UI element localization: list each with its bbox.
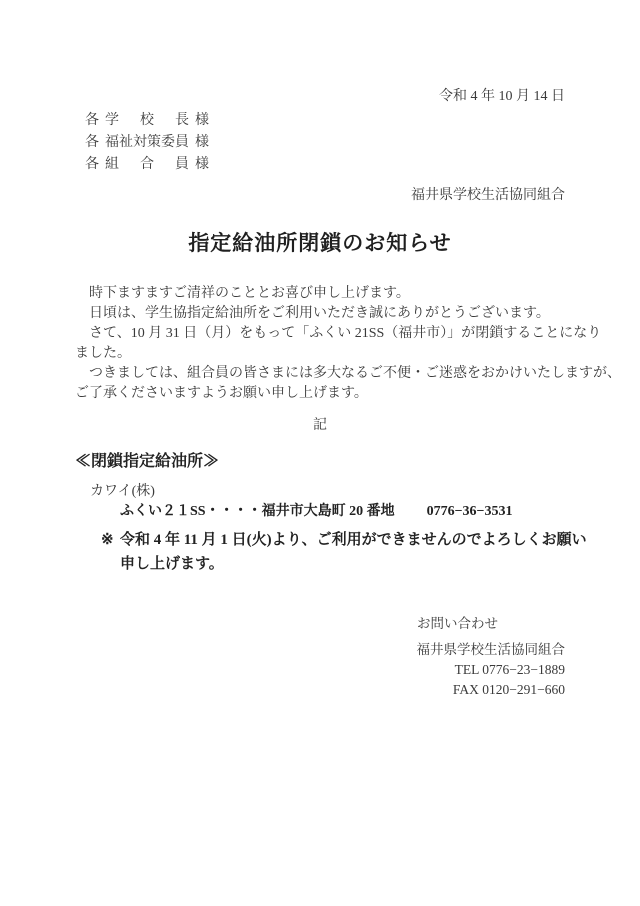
station-detail-line: ふくい２１SS・・・・福井市大島町 20 番地0776−36−3531: [120, 500, 513, 520]
recipient-name: 学校長: [105, 110, 189, 132]
contact-block: 福井県学校生活協同組合 TEL 0776−23−1889 FAX 0120−29…: [417, 640, 566, 700]
closure-note: ※令和 4 年 11 月 1 日(火)より、ご利用ができませんのでよろしくお願い…: [101, 528, 587, 576]
contact-fax: FAX 0120−291−660: [417, 680, 566, 700]
recipient-honorific: 様: [195, 157, 209, 172]
station-phone: 0776−36−3531: [427, 504, 513, 519]
body-text: 時下ますますご清祥のこととお喜び申し上げます。 日頃は、学生協指定給油所をご利用…: [75, 284, 569, 404]
note-text-continued: 申し上げます。: [101, 552, 587, 576]
body-line: つきましては、組合員の皆さまには多大なるご不便・ご迷惑をおかけいたしますが、: [75, 364, 569, 384]
recipient-name: 組合員: [105, 154, 189, 176]
body-line: さて、10 月 31 日（月）をもって「ふくい 21SS（福井市）」が閉鎖するこ…: [75, 324, 569, 344]
ki-separator: 記: [0, 414, 640, 434]
recipient-name: 福祉対策委員: [105, 132, 189, 154]
closed-station-heading: ≪閉鎖指定給油所≫: [75, 448, 219, 471]
sender-organization: 福井県学校生活協同組合: [411, 187, 565, 205]
recipient-line: 各福祉対策委員様: [85, 132, 209, 154]
station-name-address: ふくい２１SS・・・・福井市大島町 20 番地: [120, 504, 395, 519]
contact-organization: 福井県学校生活協同組合: [417, 640, 566, 660]
recipient-prefix: 各: [85, 113, 99, 128]
recipient-honorific: 様: [195, 135, 209, 150]
contact-label: お問い合わせ: [417, 615, 498, 632]
recipient-list: 各学校長様各福祉対策委員様各組合員様: [85, 110, 209, 176]
document-date: 令和 4 年 10 月 14 日: [439, 88, 565, 106]
recipient-line: 各学校長様: [85, 110, 209, 132]
body-line: 日頃は、学生協指定給油所をご利用いただき誠にありがとうございます。: [75, 304, 569, 324]
recipient-honorific: 様: [195, 113, 209, 128]
document-page: 令和 4 年 10 月 14 日 各学校長様各福祉対策委員様各組合員様 福井県学…: [0, 0, 640, 906]
contact-tel: TEL 0776−23−1889: [417, 660, 566, 680]
station-company: カワイ(株): [90, 480, 155, 500]
document-title: 指定給油所閉鎖のお知らせ: [0, 227, 640, 257]
note-text: 令和 4 年 11 月 1 日(火)より、ご利用ができませんのでよろしくお願い: [120, 532, 587, 548]
body-line: ご了承くださいますようお願い申し上げます。: [75, 384, 569, 404]
recipient-prefix: 各: [85, 135, 99, 150]
body-line: 時下ますますご清祥のこととお喜び申し上げます。: [75, 284, 569, 304]
recipient-line: 各組合員様: [85, 154, 209, 176]
note-marker: ※: [101, 528, 120, 552]
body-line: ました。: [75, 344, 569, 364]
note-line: ※令和 4 年 11 月 1 日(火)より、ご利用ができませんのでよろしくお願い: [101, 528, 587, 552]
recipient-prefix: 各: [85, 157, 99, 172]
